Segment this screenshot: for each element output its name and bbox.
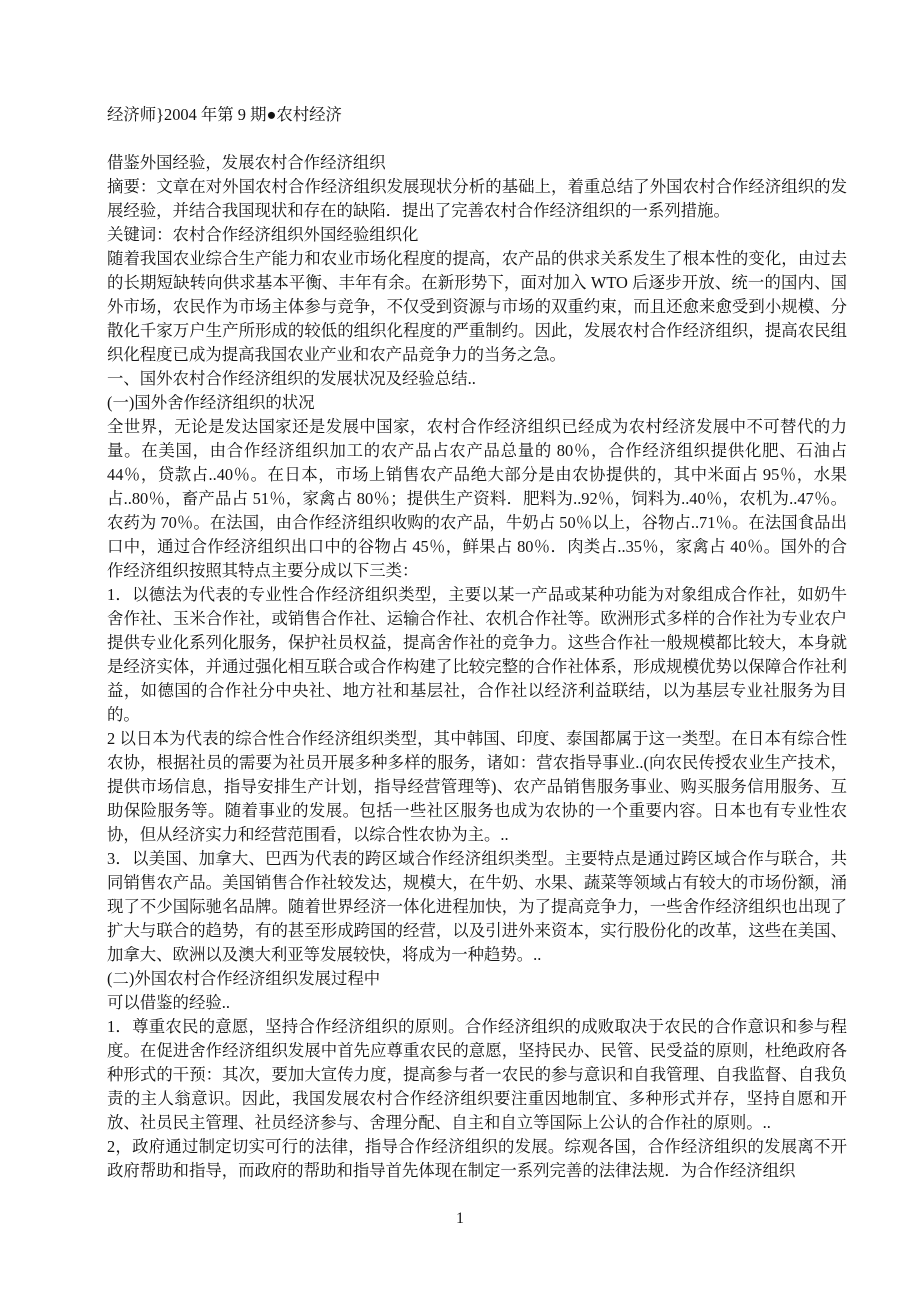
paragraph-coop-type-3: 3．以美国、加拿大、巴西为代表的跨区域合作经济组织类型。主要特点是通过跨区域合作… <box>107 847 847 967</box>
paragraph-coop-type-2: 2 以日本为代表的综合性合作经济组织类型，其中韩国、印度、泰国都属于这一类型。在… <box>107 727 847 847</box>
article-title: 借鉴外国经验，发展农村合作经济组织 <box>107 151 847 175</box>
article-body: 经济师}2004 年第 9 期●农村经济 借鉴外国经验，发展农村合作经济组织 摘… <box>107 103 847 1183</box>
paragraph-coop-type-1: 1．以德法为代表的专业性合作经济组织类型，主要以某一产品或某种功能为对象组成合作… <box>107 583 847 727</box>
subsection-1-heading: (一)国外舍作经济组织的状况 <box>107 391 847 415</box>
page-number: 1 <box>0 1207 920 1231</box>
article-abstract: 摘要：文章在对外国农村合作经济组织发展现状分析的基础上，着重总结了外国农村合作经… <box>107 175 847 223</box>
document-page: { "journal_header": "经济师}2004 年第 9 期●农村经… <box>0 0 920 1302</box>
paragraph-experience-1: 1．尊重农民的意愿，坚持合作经济组织的原则。合作经济组织的成败取决于农民的合作意… <box>107 1015 847 1135</box>
intro-paragraph: 随着我国农业综合生产能力和农业市场化程度的提高，农产品的供求关系发生了根本性的变… <box>107 247 847 367</box>
blank-line <box>107 127 847 151</box>
paragraph-overseas-status: 全世界，无论是发达国家还是发展中国家，农村合作经济组织已经成为农村经济发展中不可… <box>107 415 847 583</box>
subsection-2-heading-line-2: 可以借鉴的经验.. <box>107 991 847 1015</box>
journal-header: 经济师}2004 年第 9 期●农村经济 <box>107 103 847 127</box>
subsection-2-heading-line-1: (二)外国农村合作经济组织发展过程中 <box>107 967 847 991</box>
article-keywords: 关键词：农村合作经济组织外国经验组织化 <box>107 223 847 247</box>
paragraph-experience-2: 2，政府通过制定切实可行的法律，指导合作经济组织的发展。综观各国，合作经济组织的… <box>107 1135 847 1183</box>
section-1-heading: 一、国外农村合作经济组织的发展状况及经验总结.. <box>107 367 847 391</box>
